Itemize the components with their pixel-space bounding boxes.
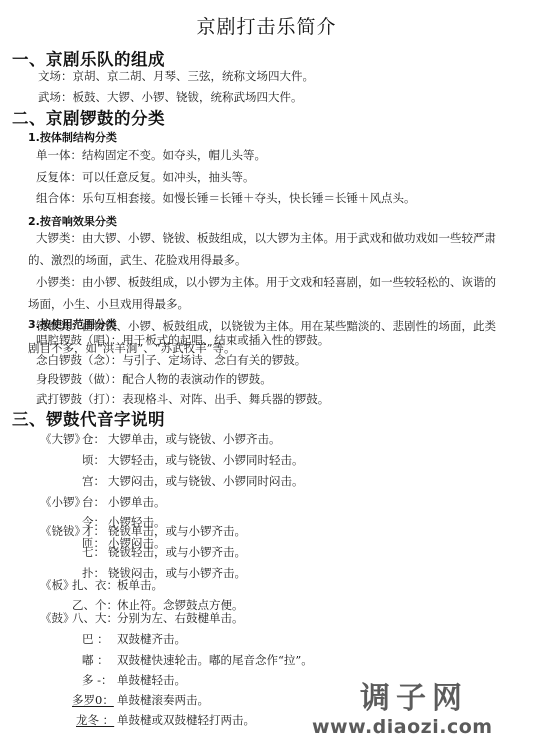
text-line: 念白锣鼓（念）：与引子、定场诗、念白有关的锣鼓。 [36,353,306,367]
section-heading-3: 三、锣鼓代音字说明 [12,406,165,430]
instrument-group-label: 《大锣》 [40,432,86,446]
text-line: 武场：板鼓、大锣、小锣、铙钹，统称武场四大件。 [38,90,303,104]
sound-desc: 小锣单击。 [108,495,166,509]
text-line: 反复体：可以任意反复。如冲头，抽头等。 [36,170,255,184]
sound-desc: 单鼓楗或双鼓楗轻打两击。 [117,713,255,727]
sound-desc: 大锣闷击，或与铙钹、小锣同时闷击。 [108,474,304,488]
paragraph: 大锣类：由大锣、小锣、铙钹、板鼓组成，以大锣为主体。用于武戏和做功戏如一些较严肃… [28,227,506,271]
sound-desc: 休止符。念锣鼓点方便。 [117,598,244,612]
sound-char: 才： [82,524,105,538]
section-heading-1: 一、京剧乐队的组成 [12,46,165,70]
instrument-group-label: 《小锣》 [40,495,86,509]
section-heading-2: 二、京剧锣鼓的分类 [12,105,165,129]
sound-char: 七： [82,545,105,559]
text-line: 武打锣鼓（打）：表现格斗、对阵、出手、舞兵器的锣鼓。 [36,392,329,406]
sound-char: 扎、衣： [72,578,118,592]
sound-desc: 单鼓楗滚奏两击。 [117,693,209,707]
instrument-group-label: 《鼓》 [40,611,75,625]
sound-char: 龙冬 ： [76,713,114,727]
document-page: 京剧打击乐简介 一、京剧乐队的组成 文场：京胡、京二胡、月琴、三弦，统称文场四大… [0,0,533,749]
sound-char: 八、大： [72,611,118,625]
sound-desc: 分别为左、右鼓楗单击。 [117,611,244,625]
sound-char: 宫： [82,474,105,488]
watermark-url: www.diaozi.com [312,716,493,738]
sound-char: 台： [82,495,105,509]
instrument-group-label: 《板》 [40,578,75,592]
text-line: 组合体：乐句互相套接。如慢长锤＝长锤＋夺头，快长锤＝长锤＋风点头。 [36,191,416,205]
watermark-logo-text: 调子网 [360,673,468,717]
sound-char: 巴 ： [82,632,109,646]
sound-char: 多 -： [82,673,113,687]
subsection-heading: 1.按体制结构分类 [28,129,117,145]
sound-desc: 双鼓楗齐击。 [117,632,186,646]
page-title: 京剧打击乐简介 [0,12,533,39]
sound-desc: 板单击。 [117,578,163,592]
paragraph: 小锣类：由小锣、板鼓组成，以小锣为主体。用于文戏和轻喜剧，如一些较轻松的、诙谐的… [28,271,506,315]
sound-desc: 大锣单击，或与铙钹、小锣齐击。 [108,432,281,446]
sound-desc: 大锣轻击，或与铙钹、小锣同时轻击。 [108,453,304,467]
sound-char: 仓： [82,432,105,446]
instrument-group-label: 《铙钹》 [40,524,86,538]
text-line: 身段锣鼓（做）：配合人物的表演动作的锣鼓。 [36,372,272,386]
text-line: 唱腔锣鼓（唱）：用于板式的起唱、结束或插入性的锣鼓。 [36,333,329,347]
sound-char: 乙、个： [72,598,118,612]
text-line: 文场：京胡、京二胡、月琴、三弦，统称文场四大件。 [38,69,314,83]
text-line: 单一体：结构固定不变。如夺头，帽儿头等。 [36,148,266,162]
sound-desc: 单鼓楗轻击。 [117,673,186,687]
sound-desc: 铙钹轻击，或与小锣齐击。 [108,545,246,559]
sound-desc: 铙钹单击，或与小锣齐击。 [108,524,246,538]
sound-char: 多罗0： [72,693,114,707]
sound-char: 嘟 ： [82,653,109,667]
subsection-heading: 3.按使用范围分类 [28,316,117,332]
sound-desc: 双鼓楗快速轮击。嘟的尾音念作“拉”。 [117,653,313,667]
sound-char: 顷： [82,453,105,467]
